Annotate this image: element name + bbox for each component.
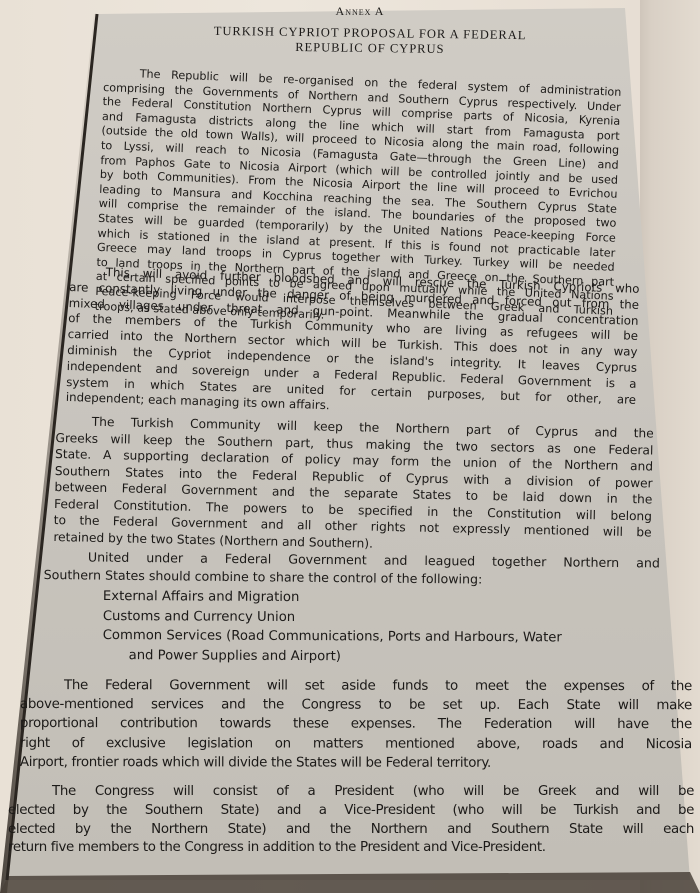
text-line: above-mentioned services and the Congres… (20, 695, 692, 715)
text-line: return five members to the Congress in a… (8, 839, 694, 858)
list-item-continuation: and Power Supplies and Airport) (103, 645, 683, 668)
list-item: Common Services (Road Communications, Po… (103, 626, 683, 649)
text-line: The Congress will consist of a President… (8, 783, 694, 802)
paragraph-3: The Turkish Community will keep the Nort… (53, 413, 654, 557)
shared-controls-list: External Affairs and Migration Customs a… (103, 587, 683, 668)
list-item: External Affairs and Migration (103, 587, 683, 610)
text-line: right of exclusive legislation on matter… (20, 734, 692, 754)
text-line: elected by the Northern State) and the N… (8, 821, 694, 840)
paragraph-5: The Federal Government will set aside fu… (20, 676, 692, 773)
paragraph-4: United under a Federal Government and le… (44, 548, 660, 589)
document-title: TURKISH CYPRIOT PROPOSAL FOR A FEDERAL R… (20, 21, 700, 61)
document-content: Annex A TURKISH CYPRIOT PROPOSAL FOR A F… (0, 0, 700, 893)
text-line: proportional contribution towards these … (20, 714, 692, 734)
text-line: elected by the Southern State) and a Vic… (8, 802, 694, 821)
annex-label: Annex A (10, 4, 700, 19)
text-line: The Federal Government will set aside fu… (20, 676, 692, 696)
paragraph-6: The Congress will consist of a President… (8, 783, 694, 858)
paragraph-2: This will avoid further bloodshed and wi… (66, 264, 640, 424)
text-line: Airport, frontier roads which will divid… (20, 753, 692, 773)
